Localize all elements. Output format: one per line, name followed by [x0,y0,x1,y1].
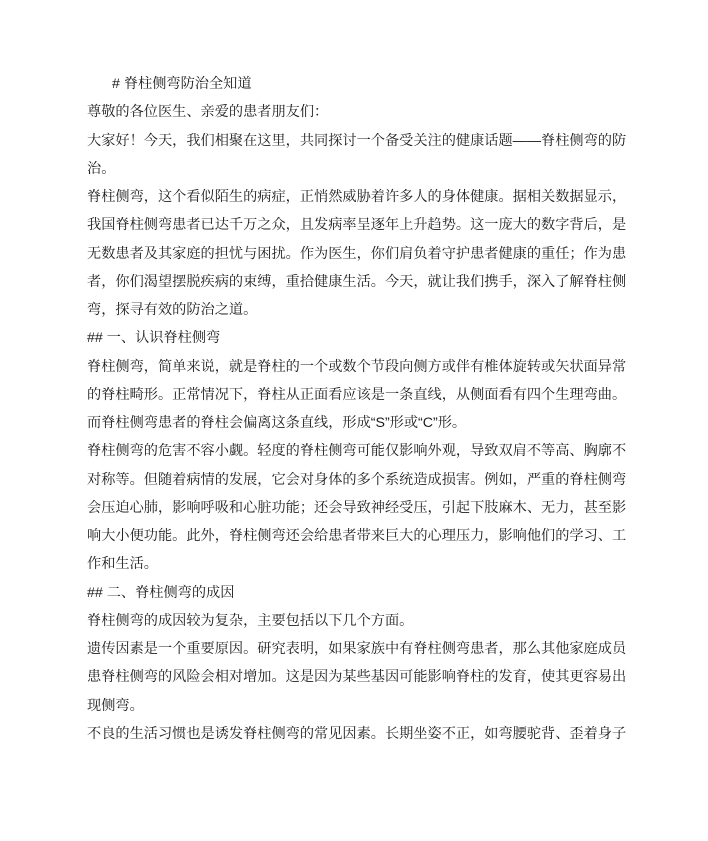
markdown-h2-line: ## 二、脊柱侧弯的成因 [87,579,633,607]
doc-line: 不良的生活习惯也是诱发脊柱侧弯的常见因素。长期坐姿不正，如弯腰驼背、歪着身子 [87,720,633,748]
document-page: # 脊柱侧弯防治全知道 尊敬的各位医生、亲爱的患者朋友们： 大家好！今天，我们相… [0,0,708,841]
doc-line: 弯，探寻有效的防治之道。 [87,296,633,324]
doc-line: 我国脊柱侧弯患者已达千万之众，且发病率呈逐年上升趋势。这一庞大的数字背后，是 [87,211,633,239]
doc-line: 脊柱侧弯，这个看似陌生的病症，正悄然威胁着许多人的身体健康。据相关数据显示， [87,183,633,211]
doc-line: 脊柱侧弯的危害不容小觑。轻度的脊柱侧弯可能仅影响外观，导致双肩不等高、胸廓不 [87,437,633,465]
doc-line: 作和生活。 [87,550,633,578]
doc-line: 治。 [87,155,633,183]
doc-line: 的脊柱畸形。正常情况下，脊柱从正面看应该是一条直线，从侧面看有四个生理弯曲。 [87,381,633,409]
doc-line: 者，你们渴望摆脱疾病的束缚，重拾健康生活。今天，就让我们携手，深入了解脊柱侧 [87,268,633,296]
doc-line: 遗传因素是一个重要原因。研究表明，如果家族中有脊柱侧弯患者，那么其他家庭成员 [87,635,633,663]
doc-line: 对称等。但随着病情的发展，它会对身体的多个系统造成损害。例如，严重的脊柱侧弯 [87,466,633,494]
markdown-h1-line: # 脊柱侧弯防治全知道 [87,70,633,98]
doc-line: 大家好！今天，我们相聚在这里，共同探讨一个备受关注的健康话题——脊柱侧弯的防 [87,127,633,155]
doc-line: 脊柱侧弯的成因较为复杂，主要包括以下几个方面。 [87,607,633,635]
doc-line: 脊柱侧弯，简单来说，就是脊柱的一个或数个节段向侧方或伴有椎体旋转或矢状面异常 [87,353,633,381]
markdown-h2-line: ## 一、认识脊柱侧弯 [87,324,633,352]
doc-line: 而脊柱侧弯患者的脊柱会偏离这条直线，形成“S”形或“C”形。 [87,409,633,437]
doc-line: 现侧弯。 [87,692,633,720]
doc-line: 无数患者及其家庭的担忧与困扰。作为医生，你们肩负着守护患者健康的重任；作为患 [87,240,633,268]
doc-line: 会压迫心肺，影响呼吸和心脏功能；还会导致神经受压，引起下肢麻木、无力，甚至影 [87,494,633,522]
doc-salutation-line: 尊敬的各位医生、亲爱的患者朋友们： [87,98,633,126]
doc-line: 患脊柱侧弯的风险会相对增加。这是因为某些基因可能影响脊柱的发育，使其更容易出 [87,663,633,691]
doc-line: 响大小便功能。此外，脊柱侧弯还会给患者带来巨大的心理压力，影响他们的学习、工 [87,522,633,550]
